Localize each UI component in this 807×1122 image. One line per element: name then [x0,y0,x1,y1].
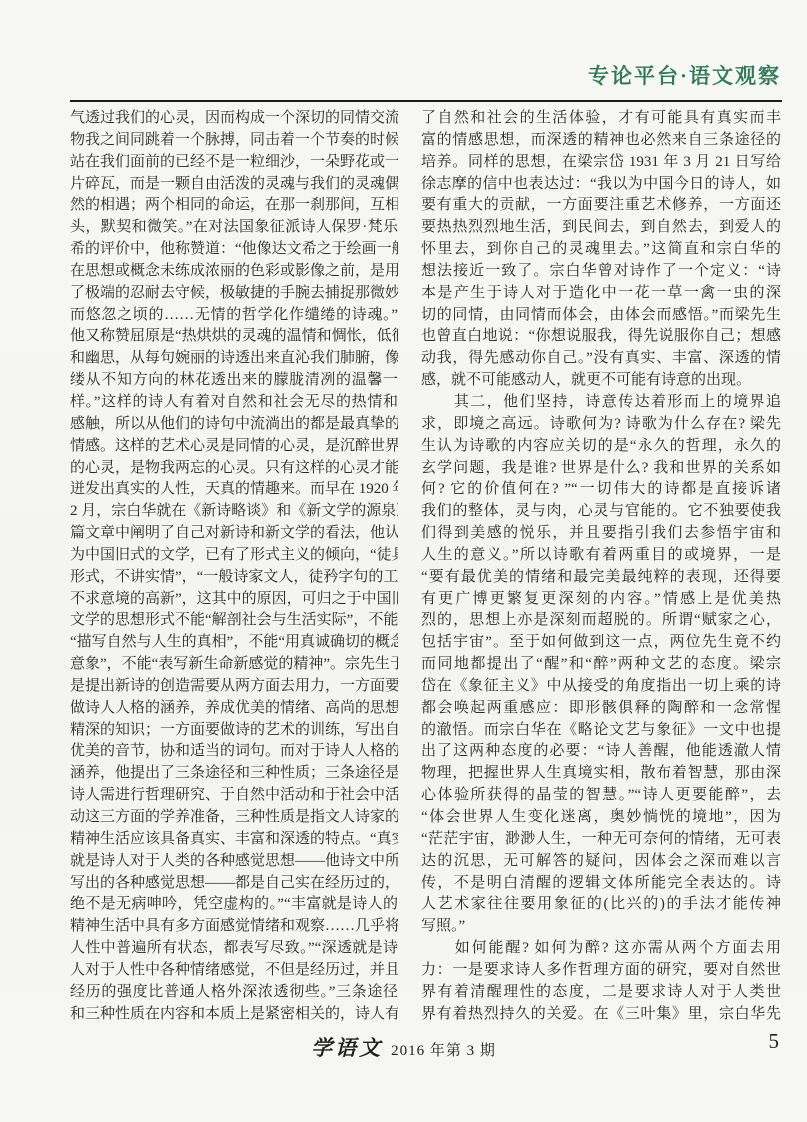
text-line: 就是诗人对于人类的各种感觉思想——他诗文中所 [70,851,398,873]
text-line: 为中国旧式的文学，已有了形式主义的倾向，“徒具 [70,545,398,567]
text-line: 和幽思，从每句婉丽的诗透出来直沁我们肺腑，像一 [70,348,398,370]
text-line: 诗人需进行哲理研究、于自然中活动和于社会中活 [70,785,398,807]
journal-name: 学语文 [311,1036,383,1060]
text-line: 不求意境的高新”，这其中的原因，可归之于中国旧 [70,589,398,611]
text-line: 希的评价中，他称赞道：“他像达文希之于绘画一般， [70,239,398,261]
text-line: 片碎瓦，而是一颗自由活泼的灵魂与我们的灵魂偶 [70,174,398,196]
text-line: 写照。” [421,916,781,938]
text-line: 意象”，不能“表写新生命新感觉的精神”。宗先生于 [70,654,398,676]
page-number: 5 [769,1029,780,1054]
text-line: 本是产生于诗人对于造化中一花一草一禽一虫的深 [421,283,781,305]
right-text-column: 了自然和社会的生活体验，才有可能具有真实而丰富的情感思想，而深透的精神也必然来自… [421,108,781,1025]
text-line: 动我，得先感动你自己。”没有真实、丰富、深透的情 [421,348,781,370]
text-line: 形式，不讲实情”，“一般诗家文人，徒矜字句的工整， [70,567,398,589]
text-line: 和三种性质在内容和本质上是紧密相关的，诗人有 [70,1004,398,1026]
text-line: 然的相遇；两个相同的命运，在那一刹那间，互相点 [70,195,398,217]
text-line: 界有着热烈持久的关爱。在《三叶集》里，宗白华先 [421,1004,781,1026]
text-line: 要有重大的贡献，一方面要注重艺术修养，一方面还 [421,195,781,217]
article-body: 气透过我们的心灵，因而构成一个深切的同情交流，物我之间同跳着一个脉搏，同击着一个… [70,108,781,1025]
text-line: 人生的意义。”所以诗歌有着两重目的或境界，一是 [421,545,781,567]
text-line: 的澈悟。而宗白华在《略论文艺与象征》一文中也提 [421,720,781,742]
text-line: 他又称赞屈原是“热烘烘的灵魂的温情和惆怅，低徊 [70,326,398,348]
text-line: 是提出新诗的创造需要从两方面去用力，一方面要 [70,676,398,698]
text-line: 心体验所获得的晶莹的智慧。”“诗人更要能醉”，去 [421,785,781,807]
text-line: 人性中普遍所有状态，都表写尽致。”“深透就是诗 [70,938,398,960]
text-line: 文学的思想形式不能“解剖社会与生活实际”，不能 [70,610,398,632]
text-line: 力：一是要求诗人多作哲理方面的研究，要对自然世 [421,960,781,982]
issue-info: 2016 年第 3 期 [391,1043,496,1059]
text-line: 气透过我们的心灵，因而构成一个深切的同情交流， [70,108,398,130]
text-line: “要有最优美的情绪和最完美最纯粹的表现，还得要 [421,567,781,589]
text-line: 我们的整体，灵与肉，心灵与官能的。它不独要使我 [421,501,781,523]
text-line: 达的沉思，无可解答的疑问，因体会之深而难以言 [421,851,781,873]
text-line: 样。”这样的诗人有着对自然和社会无尽的热情和 [70,392,398,414]
text-line: 涵养，他提出了三条途径和三种性质；三条途径是指 [70,763,398,785]
text-line: 传，不是明白清醒的逻辑文体所能完全表达的。诗 [421,873,781,895]
left-text-column: 气透过我们的心灵，因而构成一个深切的同情交流，物我之间同跳着一个脉搏，同击着一个… [70,108,398,1025]
text-line: 徐志摩的信中也表达过：“我以为中国今日的诗人，如 [421,174,781,196]
text-line: 出了这两种态度的必要：“诗人善醒，他能透澈人情 [421,741,781,763]
text-line: 精深的知识；一方面要做诗的艺术的训练，写出自然 [70,720,398,742]
text-line: 生认为诗歌的内容应关切的是“永久的哲理，永久的 [421,436,781,458]
text-line: 求，即境之高远。诗歌何为? 诗歌为什么存在? 梁先 [421,414,781,436]
section-header-label: 专论平台·语文观察 [588,60,781,90]
text-line: 感，就不可能感动人，就更不可能有诗意的出现。 [421,370,781,392]
text-line: 了极端的忍耐去守候，极敏捷的手腕去捕捉那微妙 [70,283,398,305]
page-footer: 学语文2016 年第 3 期 [0,1032,807,1062]
text-line: 物我之间同跳着一个脉搏，同击着一个节奏的时候， [70,130,398,152]
text-line: 们得到美感的悦乐，并且要指引我们去参悟宇宙和 [421,523,781,545]
journal-page: 专论平台·语文观察 气透过我们的心灵，因而构成一个深切的同情交流，物我之间同跳着… [0,0,807,1122]
text-line: 动这三方面的学养准备，三种性质是指文人诗家的 [70,807,398,829]
text-line: 经历的强度比普通人格外深浓透彻些。”三条途径 [70,982,398,1004]
text-line: 人艺术家往往要用象征的(比兴的)的手法才能传神 [421,894,781,916]
text-line: 也曾直白地说：“你想说服我，得先说服你自己；想感 [421,326,781,348]
text-line: “茫茫宇宙，渺渺人生，一种无可奈何的情绪，无可表 [421,829,781,851]
text-line: 都会唤起两重感应：即形骸俱释的陶醉和一念常惺 [421,698,781,720]
text-line: 感触，所以从他们的诗句中流淌出的都是最真挚的 [70,414,398,436]
text-line: 界有着清醒理性的态度，二是要求诗人对于人类世 [421,982,781,1004]
text-line: 物理，把握世界人生真境实相，散布着智慧，那由深 [421,763,781,785]
text-line: 富的情感思想，而深透的精神也必然来自三条途径的 [421,130,781,152]
text-line: 精神生活中具有多方面感觉情绪和观察……几乎将 [70,916,398,938]
text-line: 而悠忽之顷的……无情的哲学化作缱绻的诗魂。” [70,305,398,327]
text-line: 而同地都提出了“醒”和“醉”两种文艺的态度。梁宗 [421,654,781,676]
text-line: “描写自然与人生的真相”，不能“用真诚确切的概念 [70,632,398,654]
text-line: 优美的音节，协和适当的词句。而对于诗人人格的 [70,741,398,763]
text-line: 篇文章中阐明了自己对新诗和新文学的看法，他认 [70,523,398,545]
text-line: 包括宇宙”。至于如何做到这一点，两位先生竟不约 [421,632,781,654]
text-line: 绝不是无病呻吟，凭空虚构的。”“丰富就是诗人的 [70,894,398,916]
text-line: 如何能醒? 如何为醉? 这亦需从两个方面去用 [421,938,781,960]
text-line: 情感。这样的艺术心灵是同情的心灵，是沉醉世界 [70,436,398,458]
text-line: 迸发出真实的人性，天真的情趣来。而早在 1920 年 [70,479,398,501]
text-line: 写出的各种感觉思想——都是自己实在经历过的， [70,873,398,895]
text-line: 何? 它的价值何在? ”“一切伟大的诗都是直接诉诸 [421,479,781,501]
text-line: 站在我们面前的已经不是一粒细沙，一朵野花或一 [70,152,398,174]
text-line: 2 月，宗白华就在《新诗略谈》和《新文学的源泉》两 [70,501,398,523]
text-line: 要热热烈烈地生活，到民间去，到自然去，到爱人的 [421,217,781,239]
text-line: “体会世界人生变化迷离，奥妙惝恍的境地”，因为 [421,807,781,829]
text-line: 了自然和社会的生活体验，才有可能具有真实而丰 [421,108,781,130]
text-line: 玄学问题，我是谁? 世界是什么? 我和世界的关系如 [421,458,781,480]
text-line: 怀里去，到你自己的灵魂里去。”这简直和宗白华的 [421,239,781,261]
text-line: 在思想或概念未练成浓丽的色彩或影像之前，是用 [70,261,398,283]
text-line: 人对于人性中各种情绪感觉，不但是经历过，并且他 [70,960,398,982]
text-line: 缕从不知方向的林花透出来的朦胧清冽的温馨一 [70,370,398,392]
text-line: 头，默契和微笑。”在对法国象征派诗人保罗·梵乐 [70,217,398,239]
text-line: 精神生活应该具备真实、丰富和深透的特点。“真实 [70,829,398,851]
header-rule [70,100,782,102]
text-line: 岱在《象征主义》中从接受的角度指出一切上乘的诗 [421,676,781,698]
text-line: 想法接近一致了。宗白华曾对诗作了一个定义：“诗 [421,261,781,283]
text-line: 烈的，思想上亦是深刻而超脱的。所谓“赋家之心， [421,610,781,632]
text-line: 做诗人人格的涵养，养成优美的情绪、高尚的思想、 [70,698,398,720]
text-line: 有更广博更繁复更深刻的内容。”情感上是优美热 [421,589,781,611]
text-line: 其二，他们坚持，诗意传达着形而上的境界追 [421,392,781,414]
text-line: 切的同情，由同情而体会，由体会而感悟。”而梁先生 [421,305,781,327]
text-line: 培养。同样的思想，在梁宗岱 1931 年 3 月 21 日写给 [421,152,781,174]
text-line: 的心灵，是物我两忘的心灵。只有这样的心灵才能 [70,458,398,480]
